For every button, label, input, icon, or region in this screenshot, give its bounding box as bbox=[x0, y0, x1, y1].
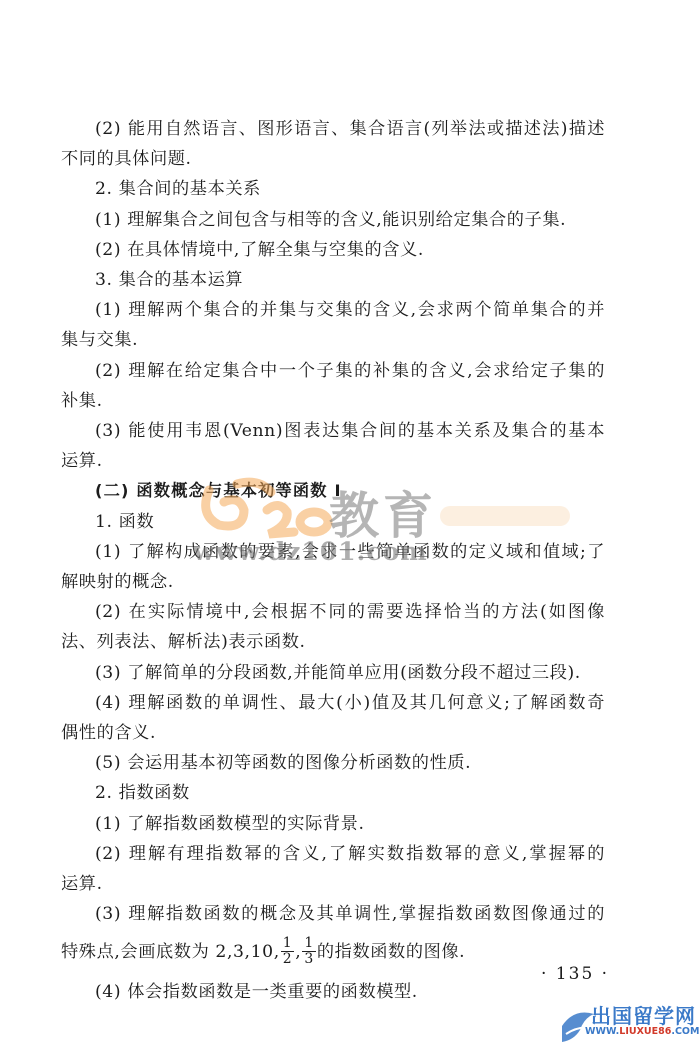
text-line: 解映射的概念. bbox=[61, 571, 174, 593]
text-line: (3) 了解简单的分段函数,并能简单应用(函数分段不超过三段). bbox=[95, 662, 581, 684]
text-line: (2) 在实际情境中,会根据不同的需要选择恰当的方法(如图像 bbox=[95, 601, 605, 623]
text-line: (2) 理解有理指数幂的含义,了解实数指数幂的意义,掌握幂的 bbox=[95, 843, 605, 865]
text-line: (4) 理解函数的单调性、最大(小)值及其几何意义;了解函数奇 bbox=[95, 692, 605, 714]
liuxue86-url-prefix: WWW. bbox=[585, 1026, 619, 1037]
text-line: (3) 理解指数函数的概念及其单调性,掌握指数函数图像通过的 bbox=[95, 903, 605, 925]
text-line: 运算. bbox=[61, 450, 103, 472]
fraction-denominator: 2 bbox=[281, 952, 295, 967]
text-line: 法、列表法、解析法)表示函数. bbox=[61, 631, 306, 653]
fraction-one-half: 12 bbox=[281, 936, 295, 967]
text-line: 2. 集合间的基本关系 bbox=[95, 178, 261, 200]
text-line: 补集. bbox=[61, 390, 103, 412]
text-line: (2) 能用自然语言、图形语言、集合语言(列举法或描述法)描述 bbox=[95, 118, 605, 140]
page-number: · 135 · bbox=[541, 964, 609, 984]
text-line: 偶性的含义. bbox=[61, 722, 156, 744]
fraction-one-third: 13 bbox=[302, 936, 316, 967]
text-line: 集与交集. bbox=[61, 329, 138, 351]
text-line: 1. 函数 bbox=[95, 511, 154, 533]
text-line: 不同的具体问题. bbox=[61, 148, 192, 170]
text-line: 运算. bbox=[61, 873, 103, 895]
watermark-orange-band bbox=[440, 506, 570, 526]
text-line: (4) 体会指数函数是一类重要的函数模型. bbox=[95, 981, 418, 1003]
liuxue86-url: WWW.LIUXUE86.COM bbox=[585, 1026, 699, 1037]
liuxue86-url-suffix: .COM bbox=[671, 1026, 699, 1037]
text-line: 2. 指数函数 bbox=[95, 782, 190, 804]
fraction-numerator: 1 bbox=[302, 936, 316, 952]
text-line: (1) 了解指数函数模型的实际背景. bbox=[95, 813, 365, 835]
text-line: (1) 理解集合之间包含与相等的含义,能识别给定集合的子集. bbox=[95, 209, 566, 231]
text-line: (2) 理解在给定集合中一个子集的补集的含义,会求给定子集的 bbox=[95, 360, 605, 382]
fraction-numerator: 1 bbox=[281, 936, 295, 952]
text-line: (3) 能使用韦恩(Venn)图表达集合间的基本关系及集合的基本 bbox=[95, 420, 605, 442]
text-line-with-fractions: 特殊点,会画底数为 2,3,10,12,13的指数函数的图像. bbox=[61, 937, 465, 968]
fraction-denominator: 3 bbox=[302, 952, 316, 967]
text-line: (5) 会运用基本初等函数的图像分析函数的性质. bbox=[95, 752, 471, 774]
liuxue86-title: 出国留学网 bbox=[591, 1000, 696, 1029]
fraction-line-prefix: 特殊点,会画底数为 2,3,10, bbox=[61, 942, 280, 962]
watermark-url: www.dz101.com bbox=[193, 537, 428, 566]
text-line: 3. 集合的基本运算 bbox=[95, 269, 243, 291]
fraction-separator: , bbox=[295, 942, 301, 962]
text-line: (1) 理解两个集合的并集与交集的含义,会求两个简单集合的并 bbox=[95, 299, 605, 321]
fraction-line-suffix: 的指数函数的图像. bbox=[317, 942, 465, 962]
liuxue86-url-highlight: LIUXUE86 bbox=[619, 1026, 671, 1037]
text-line: (2) 在具体情境中,了解全集与空集的含义. bbox=[95, 239, 424, 261]
